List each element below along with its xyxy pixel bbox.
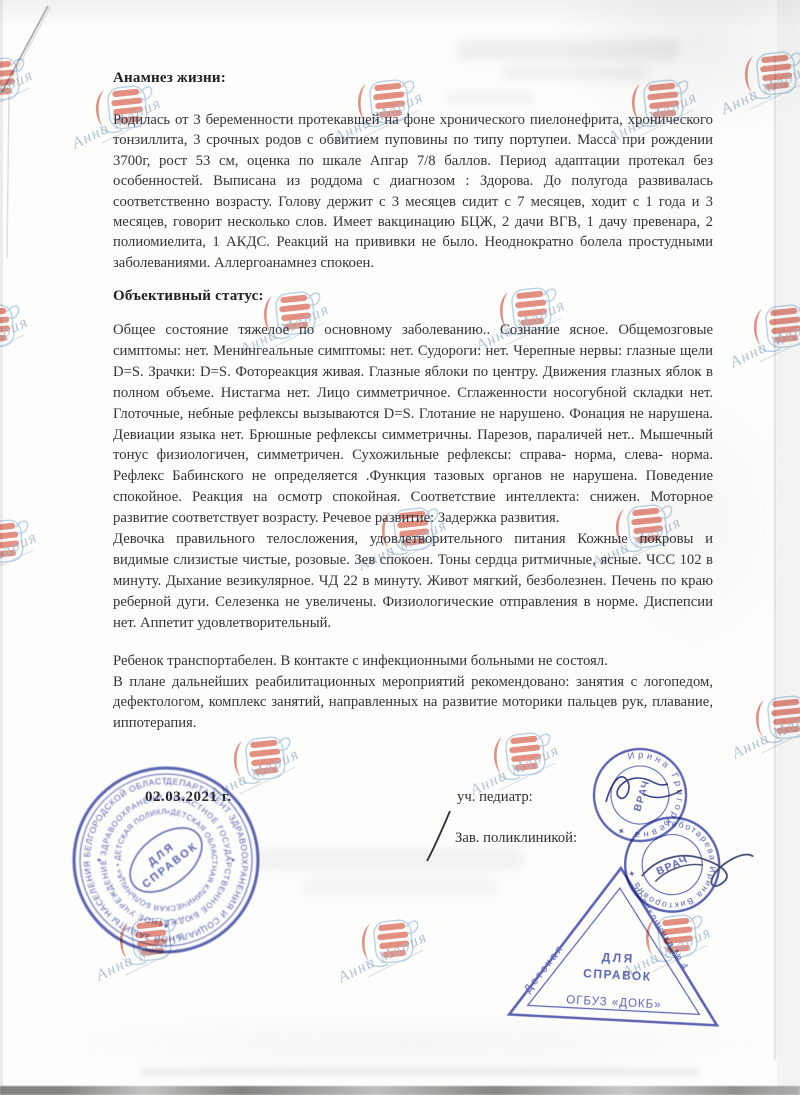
paragraph-conclusion-block: Ребенок транспортабелен. В контакте с ин… bbox=[113, 651, 713, 733]
round-stamp-for-certificates: ДЕПАРТАМЕНТ ЗДРАВООХРАНЕНИЯ И СОЦИАЛЬНОЙ… bbox=[66, 760, 266, 960]
paragraph-status-block: Общее состояние тяжелое по основному заб… bbox=[113, 320, 713, 634]
triangle-bottom-text: ОГБУЗ «ДОКБ» bbox=[566, 994, 662, 1011]
paragraph-rehabilitation: В плане дальнейших реабилитационных меро… bbox=[113, 672, 713, 734]
paragraph-status-neuro: Общее состояние тяжелое по основному заб… bbox=[113, 320, 713, 529]
label-head-of-clinic: Зав. поликлиникой: bbox=[455, 830, 577, 847]
paragraph-anamnesis: Родилась от 3 беременности протекавшей н… bbox=[113, 110, 713, 273]
triangle-center-line2: СПРАВОК bbox=[583, 966, 652, 984]
svg-text:поликлиника № 4: поликлиника № 4 bbox=[626, 885, 695, 973]
triangle-left-text: Детская bbox=[522, 940, 568, 997]
label-pediatrician: уч. педиатр: bbox=[457, 789, 533, 806]
section-heading-status: Объективный статус: bbox=[113, 288, 713, 305]
svg-text:Детская: Детская bbox=[522, 940, 568, 997]
triangle-right-text: поликлиника № 4 bbox=[626, 885, 695, 973]
paragraph-status-somatic: Девочка правильного телосложения, удовле… bbox=[113, 529, 713, 634]
scanned-document-page: Анна Мария Анна Мария Анна Мария Анна Ма… bbox=[0, 0, 800, 1095]
pen-slash-mark bbox=[424, 808, 454, 864]
section-heading-anamnesis: Анамнез жизни: bbox=[113, 70, 713, 87]
paragraph-transportable: Ребенок транспортабелен. В контакте с ин… bbox=[113, 651, 713, 672]
triangle-stamp-for-certificates: Детская поликлиника № 4 ДЛЯ СПРАВОК ОГБУ… bbox=[493, 852, 742, 1036]
triangle-center-line1: ДЛЯ bbox=[601, 950, 635, 966]
pediatrician-signature bbox=[598, 760, 690, 816]
